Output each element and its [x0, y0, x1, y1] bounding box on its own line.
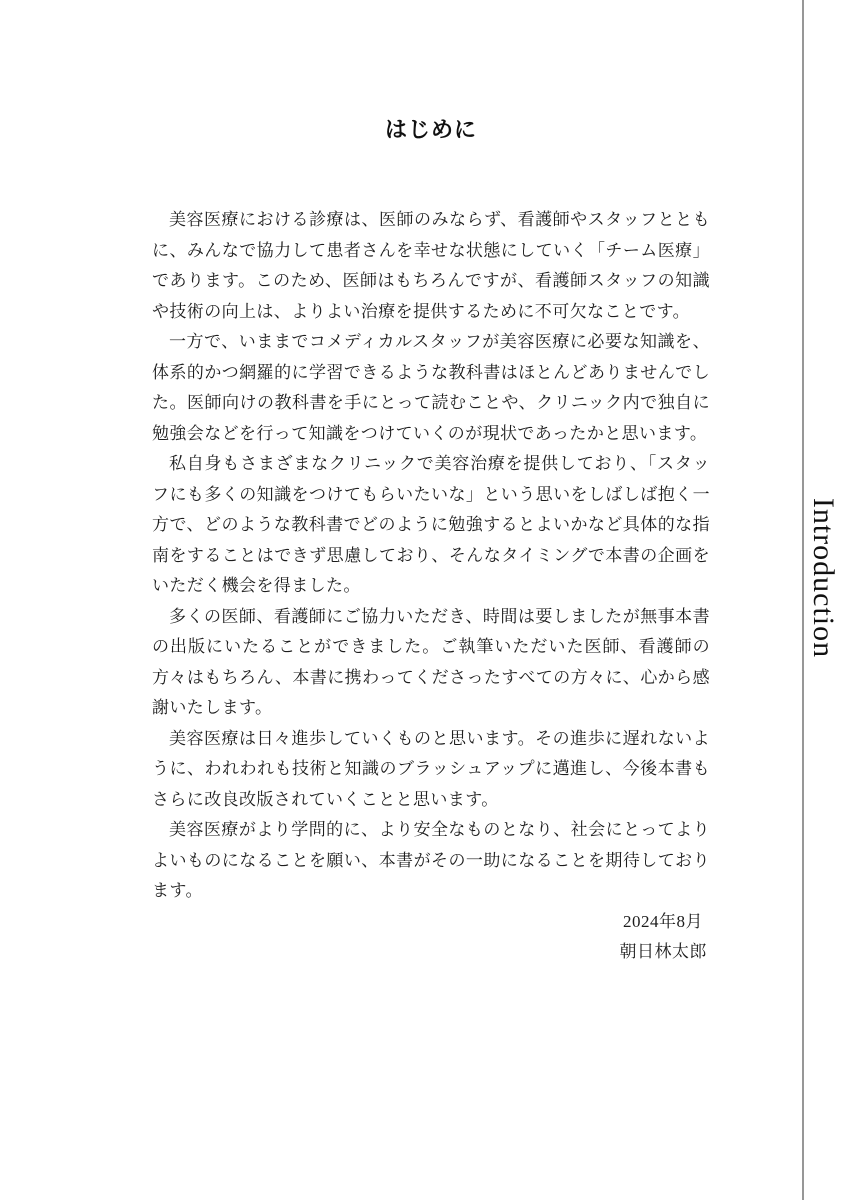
paragraph: 美容医療がより学問的に、より安全なものとなり、社会にとってよりよいものになること… — [152, 815, 710, 907]
chapter-side-label: Introduction — [806, 498, 840, 658]
paragraph: 多くの医師、看護師にご協力いただき、時間は要しましたが無事本書の出版にいたること… — [152, 602, 710, 724]
paragraph: 一方で、いままでコメディカルスタッフが美容医療に必要な知識を、体系的かつ網羅的に… — [152, 327, 710, 449]
page-edge-rule — [802, 0, 804, 1200]
paragraph: 美容医療における診療は、医師のみならず、看護師やスタッフとともに、みんなで協力し… — [152, 205, 710, 327]
paragraph: 美容医療は日々進歩していくものと思います。その進歩に遅れないように、われわれも技… — [152, 724, 710, 816]
preface-body: 美容医療における診療は、医師のみならず、看護師やスタッフとともに、みんなで協力し… — [152, 205, 710, 907]
paragraph: 私自身もさまざまなクリニックで美容治療を提供しており、「スタッフにも多くの知識を… — [152, 449, 710, 602]
date-line: 2024年8月 — [152, 907, 710, 938]
book-page: Introduction はじめに 美容医療における診療は、医師のみならず、看護… — [0, 0, 850, 1200]
author-name: 朝日林太郎 — [152, 937, 710, 968]
page-content: はじめに 美容医療における診療は、医師のみならず、看護師やスタッフとともに、みん… — [152, 0, 710, 968]
page-title: はじめに — [152, 117, 710, 205]
